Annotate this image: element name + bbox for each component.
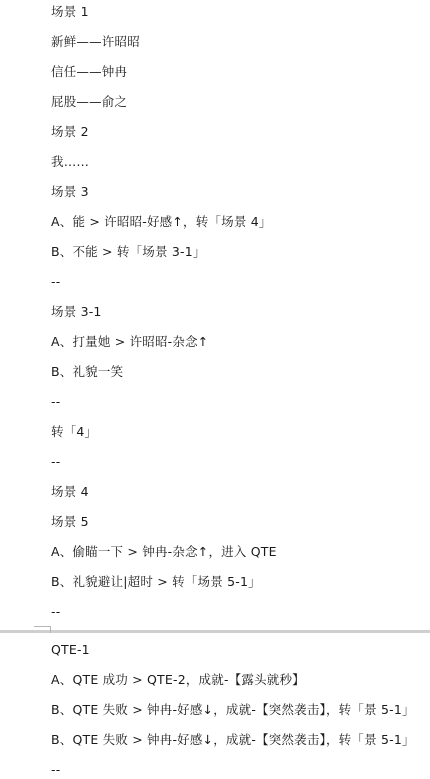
scene-heading[interactable]: 场景 2 — [51, 124, 89, 140]
scene-heading[interactable]: 场景 1 — [51, 4, 89, 20]
separator-line[interactable]: -- — [51, 762, 60, 778]
scene-heading[interactable]: 场景 5 — [51, 514, 89, 530]
scene-heading[interactable]: 场景 4 — [51, 484, 89, 500]
choice-line[interactable]: B、礼貌一笑 — [51, 364, 123, 380]
scene-heading[interactable]: 场景 3 — [51, 184, 89, 200]
separator-line[interactable]: -- — [51, 454, 60, 470]
goto-line[interactable]: 转「4」 — [51, 424, 97, 440]
choice-line[interactable]: B、QTE 失败 > 钟冉-好感↓，成就-【突然袭击】，转「景 5-1」 — [51, 732, 415, 748]
document-page-1: 场景 1 新鲜——许昭昭 信任——钟冉 屁股——俞之 场景 2 我…… 场景 3… — [0, 0, 430, 630]
choice-line[interactable]: A、QTE 成功 > QTE-2，成就-【露头就秒】 — [51, 672, 305, 688]
separator-line[interactable]: -- — [51, 274, 60, 290]
choice-line[interactable]: B、QTE 失败 > 钟冉-好感↓，成就-【突然袭击】，转「景 5-1」 — [51, 702, 415, 718]
qte-heading[interactable]: QTE-1 — [51, 642, 90, 658]
choice-line[interactable]: B、礼貌避让|超时 > 转「场景 5-1」 — [51, 574, 261, 590]
choice-line[interactable]: B、不能 > 转「场景 3-1」 — [51, 244, 206, 260]
choice-line[interactable]: A、偷瞄一下 > 钟冉-杂念↑，进入 QTE — [51, 544, 277, 560]
choice-line[interactable]: A、能 > 许昭昭-好感↑，转「场景 4」 — [51, 214, 272, 230]
margin-marker-line — [34, 626, 51, 627]
choice-line[interactable]: A、打量她 > 许昭昭-杂念↑ — [51, 334, 208, 350]
character-line[interactable]: 新鲜——许昭昭 — [51, 34, 140, 50]
character-line[interactable]: 信任——钟冉 — [51, 64, 127, 80]
character-line[interactable]: 屁股——俞之 — [51, 94, 127, 110]
dialogue-line[interactable]: 我…… — [51, 154, 89, 170]
scene-heading[interactable]: 场景 3-1 — [51, 304, 102, 320]
document-page-2: QTE-1 A、QTE 成功 > QTE-2，成就-【露头就秒】 B、QTE 失… — [0, 633, 430, 779]
separator-line[interactable]: -- — [51, 394, 60, 410]
separator-line[interactable]: -- — [51, 604, 60, 620]
